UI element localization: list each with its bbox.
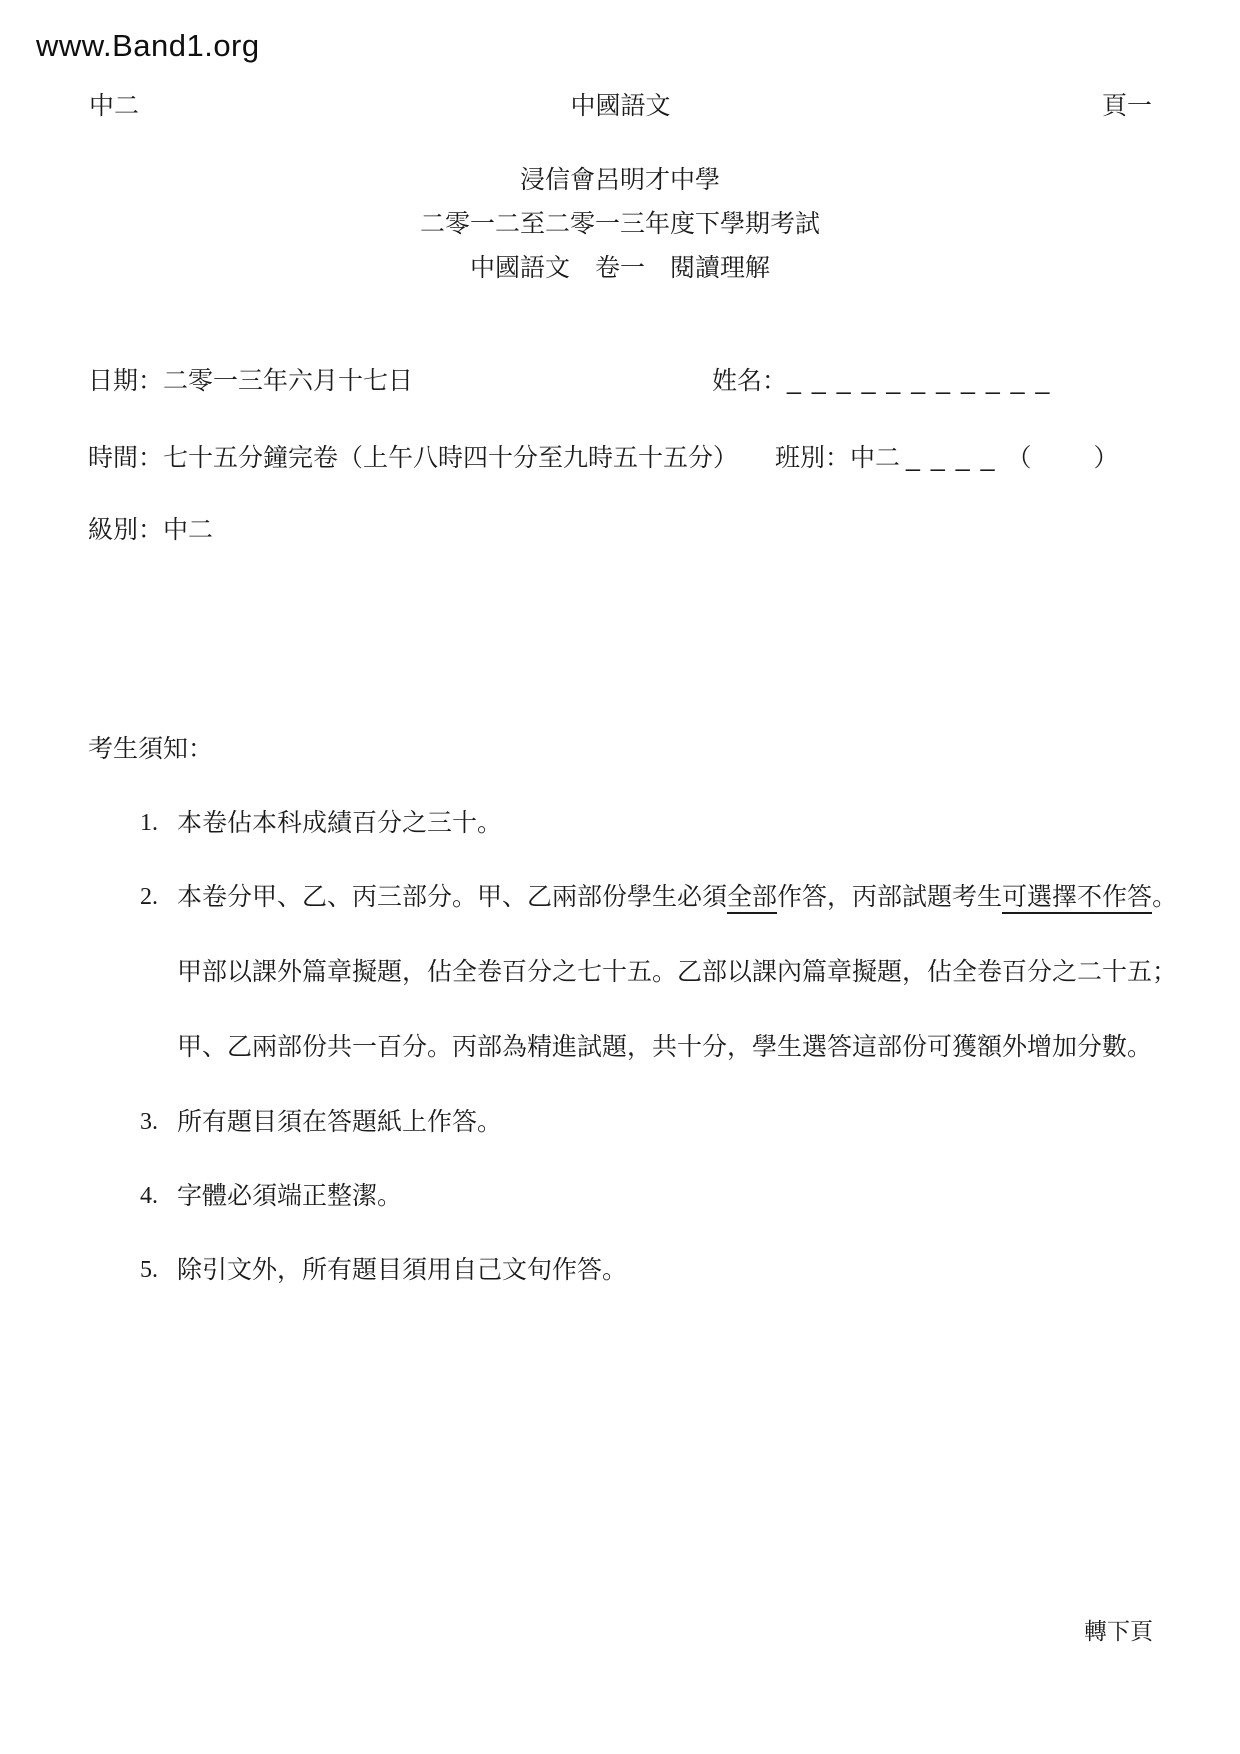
notice-item-3-number: 3. [140, 1108, 158, 1136]
notice-item-2-line-3: 甲、乙兩部份共一百分。丙部為精進試題，共十分，學生選答這部份可獲額外增加分數。 [177, 1033, 1152, 1061]
name-label: 姓名： [712, 367, 787, 395]
name-blank-field: _ _ _ _ _ _ _ _ _ _ _ [787, 367, 1051, 395]
header-page-number: 頁一 [1102, 92, 1152, 120]
school-name: 浸信會呂明才中學 [0, 158, 1240, 202]
header-grade: 中二 [89, 92, 139, 120]
exam-title: 二零一二至二零一三年度下學期考試 [0, 202, 1240, 246]
notice-item-2-line-2: 甲部以課外篇章擬題，佔全卷百分之七十五。乙部以課內篇章擬題，佔全卷百分之二十五； [177, 958, 1177, 986]
notice-item-4-number: 4. [140, 1182, 158, 1210]
notice-item-1-number: 1. [140, 809, 158, 837]
page-header: 中二 中國語文 頁一 [89, 92, 1152, 120]
time-label: 時間： [88, 444, 163, 472]
notice-item-2-segment: 作答，丙部試題考生 [777, 883, 1002, 911]
class-number-paren-close: ） [1094, 444, 1119, 472]
site-watermark: www.Band1.org [36, 28, 260, 64]
level-label: 級別： [88, 516, 163, 544]
notice-item-2-underlined-segment: 可選擇不作答 [1002, 883, 1152, 914]
notice-item-5-text: 除引文外，所有題目須用自己文句作答。 [177, 1256, 627, 1284]
notice-item-2-segment: 。 [1152, 883, 1177, 911]
level-line: 級別：中二 [88, 516, 213, 544]
class-number-paren-open: （ [1006, 444, 1031, 472]
date-value: 二零一三年六月十七日 [163, 367, 413, 395]
notice-item-1-text: 本卷佔本科成績百分之三十。 [177, 809, 502, 837]
notice-item-2-segment: 本卷分甲、乙、丙三部分。甲、乙兩部份學生必須 [177, 883, 727, 911]
exam-paper-page: www.Band1.org 中二 中國語文 頁一 浸信會呂明才中學 二零一二至二… [0, 0, 1240, 1754]
class-label: 班別： [775, 444, 850, 472]
notice-item-2-number: 2. [140, 883, 158, 911]
next-page-indicator: 轉下頁 [1084, 1618, 1153, 1645]
notice-item-3-text: 所有題目須在答題紙上作答。 [177, 1108, 502, 1136]
class-line: 班別：中二_ _ _ _（） [775, 444, 1119, 472]
notice-item-2-line-1: 本卷分甲、乙、丙三部分。甲、乙兩部份學生必須全部作答，丙部試題考生可選擇不作答。 [177, 883, 1177, 911]
class-blank-field: _ _ _ _ [906, 444, 996, 472]
time-line: 時間：七十五分鐘完卷（上午八時四十分至九時五十五分） [88, 444, 738, 472]
class-value-prefix: 中二 [850, 444, 900, 472]
notice-item-4-text: 字體必須端正整潔。 [177, 1182, 402, 1210]
date-label: 日期： [88, 367, 163, 395]
notice-heading: 考生須知： [88, 735, 213, 763]
time-value: 七十五分鐘完卷（上午八時四十分至九時五十五分） [163, 444, 738, 472]
name-line: 姓名：_ _ _ _ _ _ _ _ _ _ _ [712, 367, 1051, 395]
level-value: 中二 [163, 516, 213, 544]
header-subject: 中國語文 [570, 92, 670, 120]
paper-title: 中國語文 卷一 閱讀理解 [0, 246, 1240, 290]
date-line: 日期：二零一三年六月十七日 [88, 367, 413, 395]
title-block: 浸信會呂明才中學 二零一二至二零一三年度下學期考試 中國語文 卷一 閱讀理解 [0, 158, 1240, 290]
notice-item-5-number: 5. [140, 1256, 158, 1284]
notice-item-2-underlined-segment: 全部 [727, 883, 777, 914]
